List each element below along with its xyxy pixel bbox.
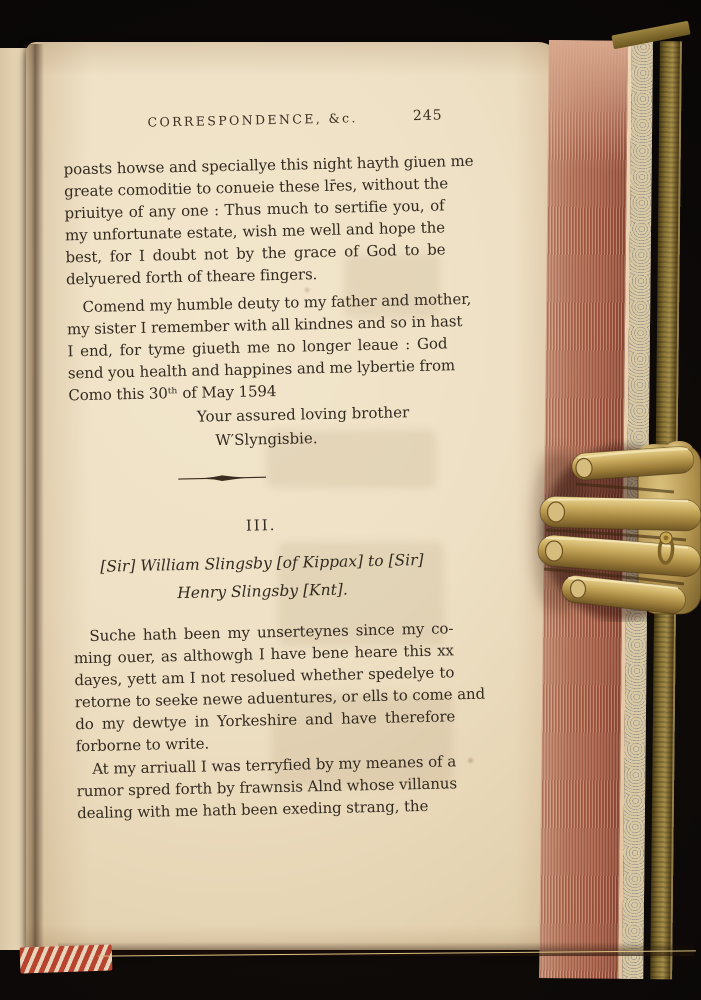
photograph-of-open-book: CORRESPONDENCE, &c. 245 poasts howse and… bbox=[0, 0, 701, 1000]
page-content: CORRESPONDENCE, &c. 245 poasts howse and… bbox=[17, 32, 570, 951]
book-page: CORRESPONDENCE, &c. 245 poasts howse and… bbox=[26, 42, 560, 950]
letter-end-paragraph-2: Comend my humble deuty to my father and … bbox=[66, 288, 448, 406]
middle-nail bbox=[548, 502, 565, 522]
gutter-shadow bbox=[22, 44, 44, 952]
section-number: III. bbox=[71, 512, 451, 538]
index-nail bbox=[575, 458, 592, 478]
brass-hand-icon bbox=[536, 438, 701, 622]
pinky-nail bbox=[571, 580, 586, 598]
letter-three-paragraph-1: Suche hath been my unserteynes since my … bbox=[73, 617, 456, 757]
running-header: CORRESPONDENCE, &c. bbox=[147, 110, 358, 129]
section-divider-rule bbox=[178, 472, 266, 484]
letter-end-paragraph-1: poasts howse and speciallye this night h… bbox=[63, 150, 446, 290]
letter-heading-line-2: Henry Slingsby [Knt]. bbox=[72, 574, 452, 608]
ring-nail bbox=[546, 541, 563, 561]
page-number: 245 bbox=[413, 107, 443, 124]
valediction: Your assured loving brother bbox=[197, 400, 577, 426]
letter-three-paragraph-2: At my arriuall I was terryfied by my mea… bbox=[76, 750, 457, 824]
divider-diamond bbox=[200, 475, 248, 482]
running-header-row: CORRESPONDENCE, &c. 245 bbox=[63, 108, 443, 134]
